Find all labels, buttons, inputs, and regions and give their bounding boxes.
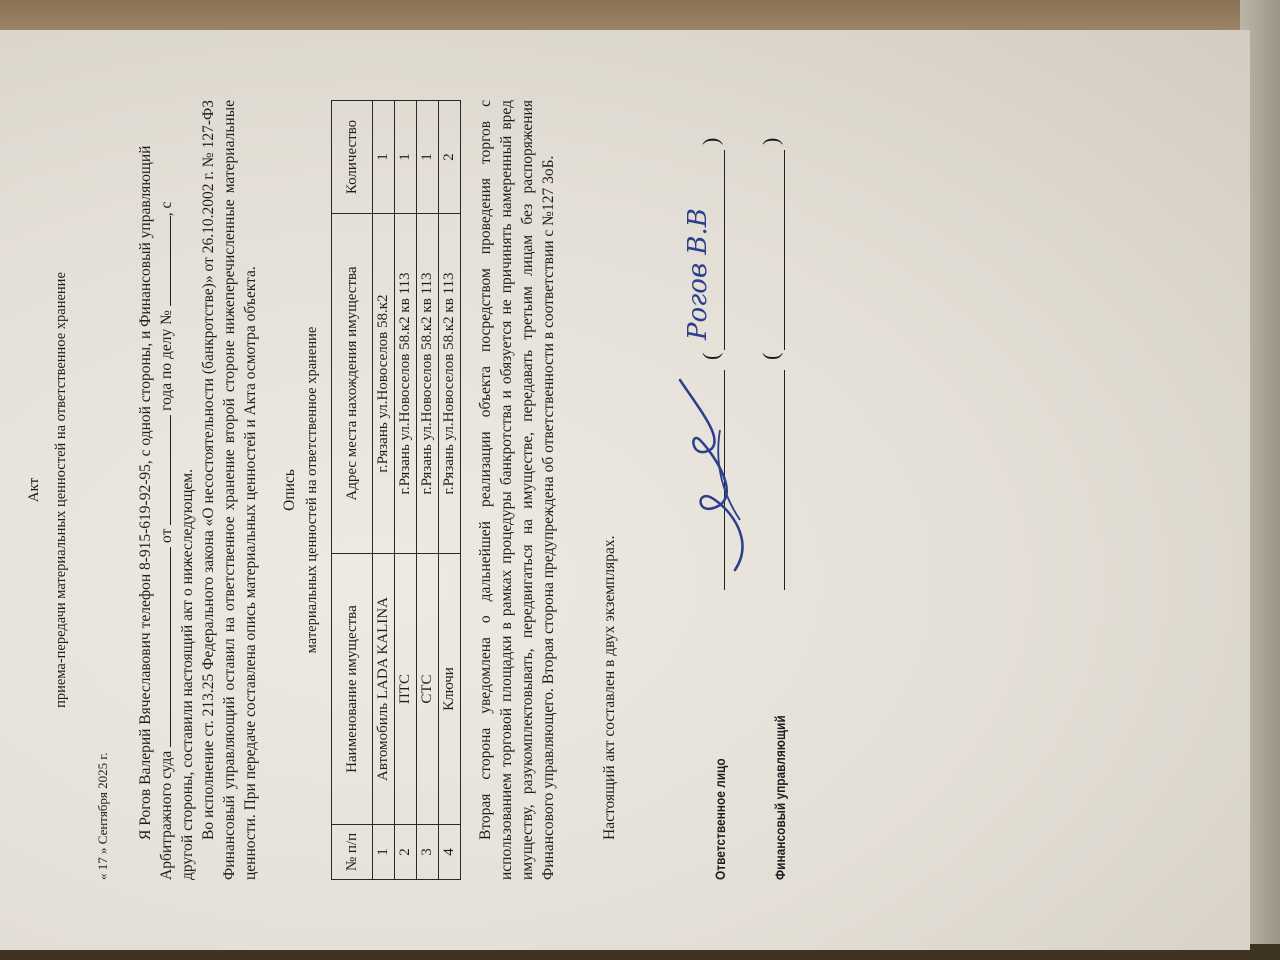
signature-role-responsible: Ответственное лицо (710, 758, 731, 880)
table-row: 4 Ключи г.Рязань ул.Новоселов 58.к2 кв 1… (439, 101, 461, 880)
document-subtitle: приема-передачи материальных ценностей н… (51, 100, 72, 880)
intro-court-label: Арбитражного суда (158, 751, 175, 880)
column-header-name: Наименование имущества (332, 554, 373, 825)
column-header-number: № п/п (332, 825, 373, 880)
intro-year-label: года по делу № (158, 310, 175, 411)
cell-number: 1 (373, 825, 395, 880)
cell-quantity: 1 (395, 101, 417, 214)
signature-role-financial-manager: Финансовый управляющий (770, 715, 791, 880)
cell-address: г.Рязань ул.Новоселов 58.к2 (373, 214, 395, 554)
cell-name: Автомобиль LADA KALINA (373, 554, 395, 825)
cell-number: 3 (417, 825, 439, 880)
basis-paragraph: Во исполнение ст. 213.25 Федерального за… (198, 100, 261, 880)
intro-from-label: от (158, 529, 175, 543)
cell-address: г.Рязань ул.Новоселов 58.к2 кв 113 (439, 214, 461, 554)
cell-address: г.Рязань ул.Новоселов 58.к2 кв 113 (395, 214, 417, 554)
paren-close: ) (760, 138, 781, 145)
court-blank-field (156, 547, 171, 747)
table-row: 1 Автомобиль LADA KALINA г.Рязань ул.Нов… (373, 101, 395, 880)
document-date: « 17 » Сентября 2025 г. (92, 100, 113, 880)
date-blank-field (156, 415, 171, 525)
cell-address: г.Рязань ул.Новоселов 58.к2 кв 113 (417, 214, 439, 554)
cell-name: ПТС (395, 554, 417, 825)
signature-block: Ответственное лицо ( Рогов В.В ) Финансо… (700, 100, 900, 880)
cell-quantity: 2 (439, 101, 461, 214)
intro-line-2: Арбитражного суда от года по делу № , с (156, 100, 177, 880)
inventory-subtitle: материальных ценностей на ответственное … (302, 100, 323, 880)
table-row: 3 СТС г.Рязань ул.Новоселов 58.к2 кв 113… (417, 101, 439, 880)
final-statement: Настоящий акт составлен в двух экземпляр… (599, 100, 620, 880)
intro-tail: , с (158, 202, 175, 217)
handwritten-signature-icon (660, 340, 760, 580)
document-photo: Акт приема-передачи материальных ценност… (0, 30, 1250, 950)
cell-quantity: 1 (373, 101, 395, 214)
column-header-quantity: Количество (332, 101, 373, 214)
inventory-header-row: № п/п Наименование имущества Адрес места… (332, 101, 373, 880)
table-row: 2 ПТС г.Рязань ул.Новоселов 58.к2 кв 113… (395, 101, 417, 880)
document-title: Акт (24, 100, 45, 880)
intro-line-3: другой стороны, составили настоящий акт … (177, 100, 198, 880)
cell-number: 2 (395, 825, 417, 880)
name-line-financial-manager (784, 150, 785, 350)
inventory-title: Опись (279, 100, 300, 880)
intro-line-1: Я Рогов Валерий Вячеславович телефон 8-9… (135, 100, 156, 880)
cell-name: Ключи (439, 554, 461, 825)
document-sheet: Акт приема-передачи материальных ценност… (0, 30, 1250, 950)
paren-close: ) (700, 138, 721, 145)
paren-open: ( (700, 353, 721, 360)
signature-line-financial-manager (784, 370, 785, 590)
inventory-table: № п/п Наименование имущества Адрес места… (331, 100, 461, 880)
name-line-responsible (724, 150, 725, 350)
column-header-address: Адрес места нахождения имущества (332, 214, 373, 554)
cell-number: 4 (439, 825, 461, 880)
cell-quantity: 1 (417, 101, 439, 214)
notice-paragraph: Вторая сторона уведомлена о дальнейшей р… (475, 100, 559, 880)
paren-open: ( (760, 353, 781, 360)
cell-name: СТС (417, 554, 439, 825)
handwritten-name: Рогов В.В (688, 208, 709, 340)
case-number-blank-field (156, 216, 171, 306)
